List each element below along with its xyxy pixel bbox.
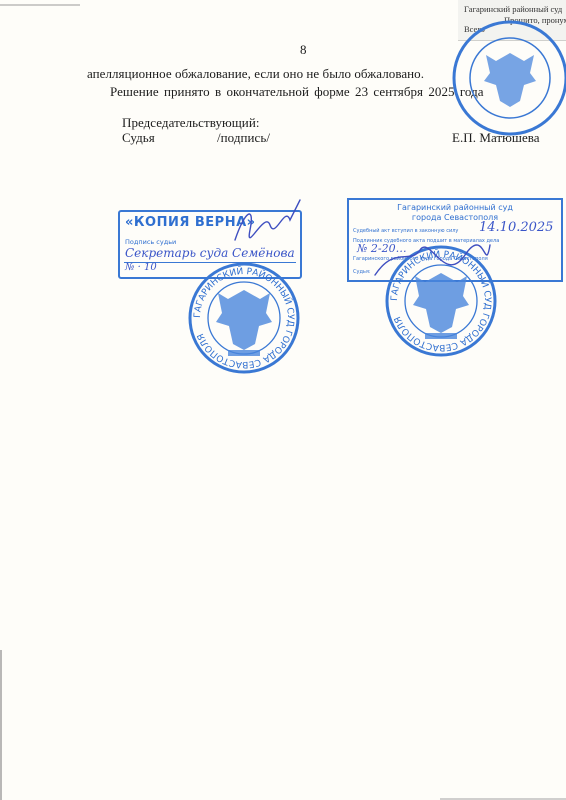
signature-line: Судья /подпись/ Е.П. Матюшева: [122, 130, 155, 146]
document-page: Гагаринский районный суд Прошито, пронум…: [0, 0, 566, 800]
court-stamp-entered-line: Судебный акт вступил в законную силу: [353, 228, 458, 234]
copy-stamp-caption: Подпись судьи: [125, 238, 176, 246]
court-stamp-title-1: Гагаринский районный суд: [349, 203, 561, 212]
signature-scribble-icon: [230, 200, 310, 250]
certification-line-1: Гагаринский районный суд: [464, 4, 562, 15]
court-seal-right-icon: ГАГАРИНСКИЙ РАЙОННЫЙ СУД ГОРОДА СЕВАСТОП…: [385, 245, 497, 357]
presiding-heading: Председательствующий:: [122, 115, 260, 131]
scan-edge-top: [0, 4, 80, 6]
court-stamp-date: 14.10.2025: [479, 220, 553, 235]
paragraph-appeal: апелляционное обжалование, если оно не б…: [87, 66, 424, 82]
court-seal-left-icon: ГАГАРИНСКИЙ РАЙОННЫЙ СУД ГОРОДА СЕВАСТОП…: [188, 262, 300, 374]
signature-placeholder: /подпись/: [217, 130, 270, 146]
court-stamp-judge-line: Судья:: [353, 269, 371, 275]
page-number: 8: [300, 42, 307, 58]
scan-edge-left: [0, 650, 2, 800]
seal-top-right-icon: [448, 18, 566, 138]
judge-role: Судья: [122, 130, 155, 145]
paragraph-decision-date: Решение принято в окончательной форме 23…: [110, 84, 484, 100]
copy-stamp-number: № · 10: [125, 262, 157, 273]
